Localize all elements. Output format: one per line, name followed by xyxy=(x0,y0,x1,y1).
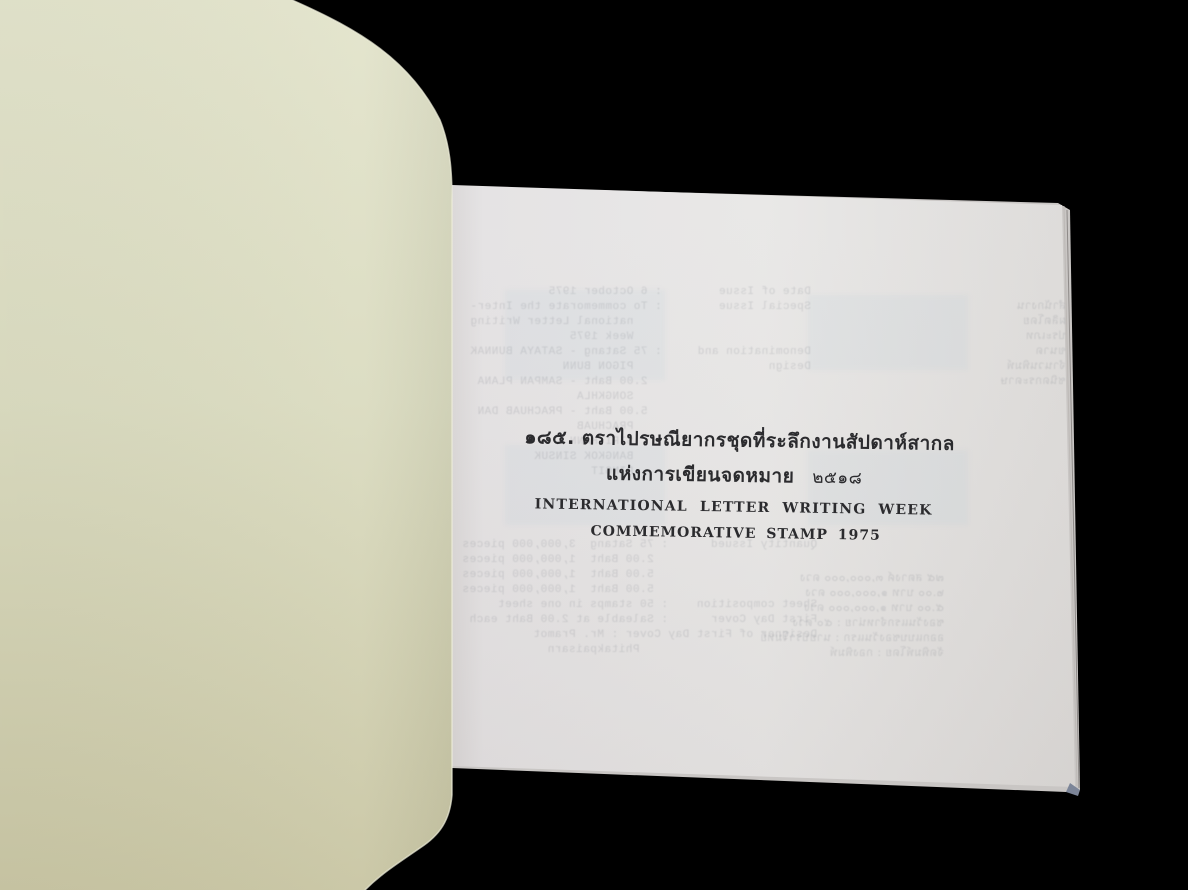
photo-background: Date of Issue : 6 October 1975 Special I… xyxy=(0,0,1188,890)
left-page-shape xyxy=(0,0,1188,890)
left-page-curled xyxy=(0,0,1188,890)
